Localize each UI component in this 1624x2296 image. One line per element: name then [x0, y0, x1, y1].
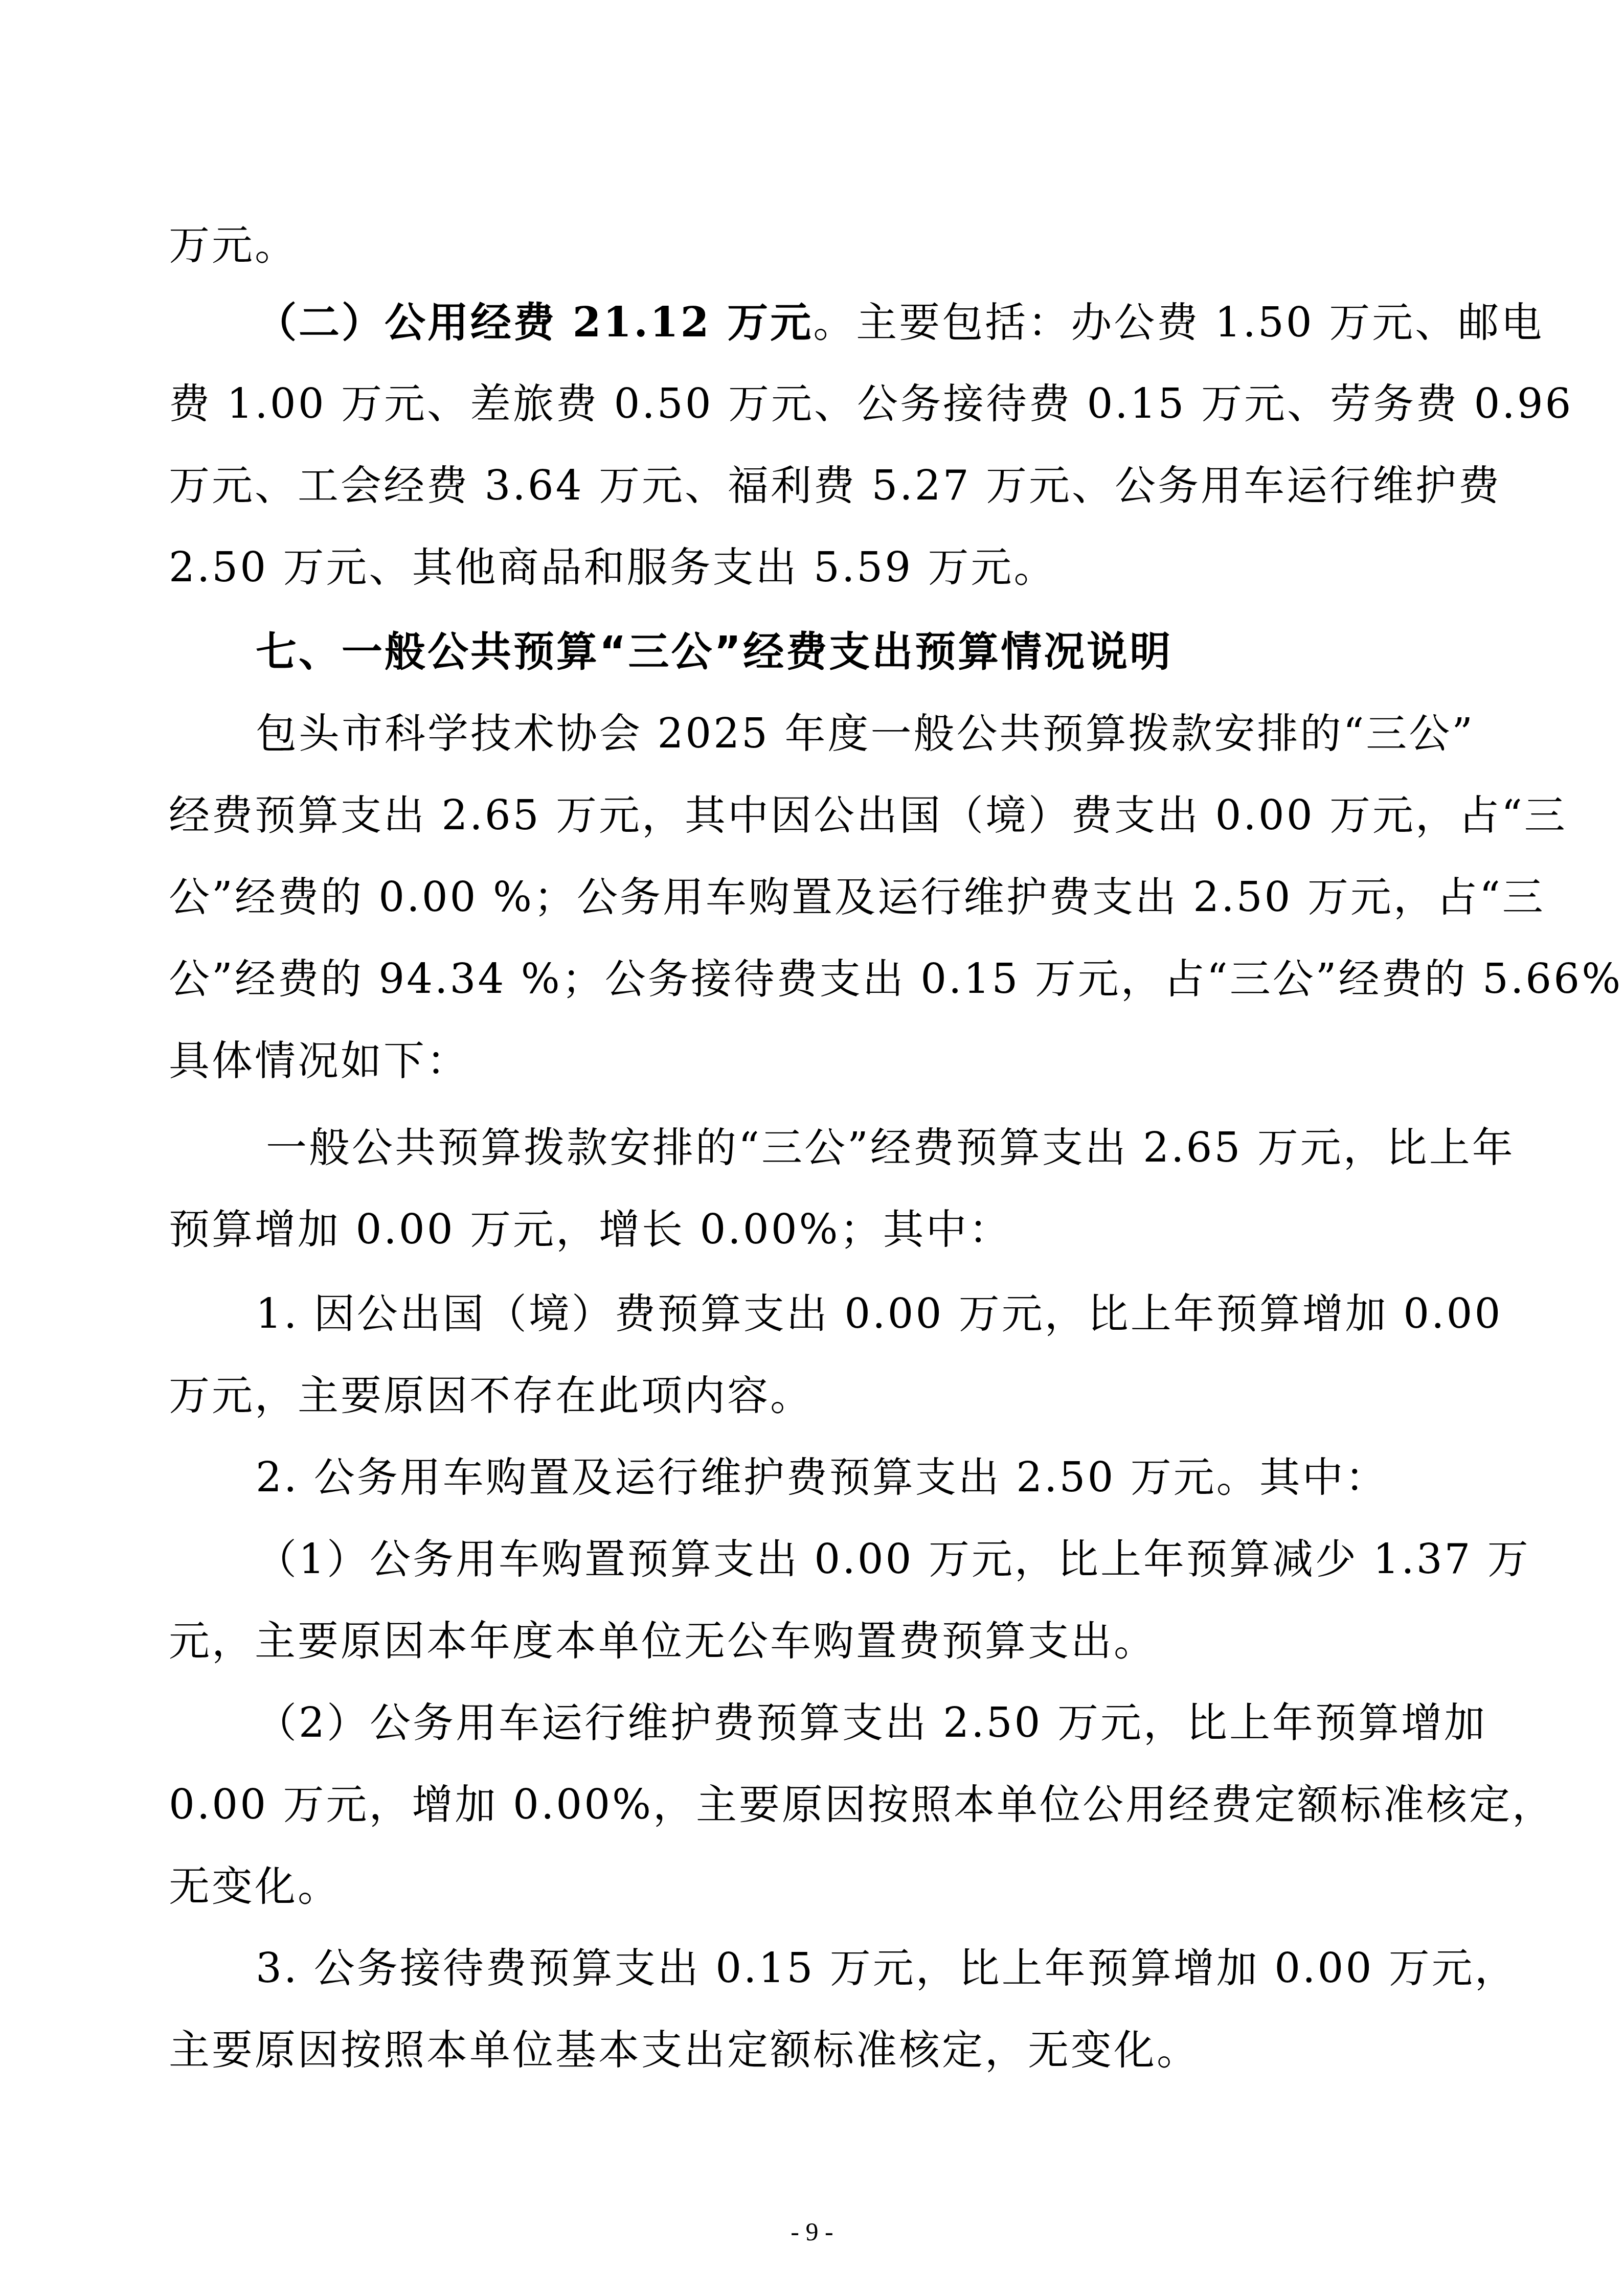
public-expense-heading: （二）公用经费 21.12 万元: [256, 298, 813, 346]
document-page: 万元。 （二）公用经费 21.12 万元。主要包括：办公费 1.50 万元、邮电…: [0, 0, 1624, 2296]
intro-line-1: 包头市科学技术协会 2025 年度一般公共预算拨款安排的“三公”: [256, 708, 1475, 759]
item-2-1-line-1: （1）公务用车购置预算支出 0.00 万元，比上年预算减少 1.37 万: [256, 1534, 1530, 1585]
item-2-line: 2. 公务用车购置及运行维护费预算支出 2.50 万元。其中：: [256, 1452, 1388, 1503]
intro-line-5: 具体情况如下：: [169, 1035, 469, 1086]
intro-line-2: 经费预算支出 2.65 万元，其中因公出国（境）费支出 0.00 万元，占“三: [169, 790, 1567, 841]
page-number: - 9 -: [0, 2216, 1624, 2247]
public-expense-text: 。主要包括：办公费 1.50 万元、邮电: [813, 299, 1544, 346]
public-expense-paragraph-line: （二）公用经费 21.12 万元。主要包括：办公费 1.50 万元、邮电: [256, 297, 1544, 348]
public-expense-line-4: 2.50 万元、其他商品和服务支出 5.59 万元。: [169, 542, 1057, 593]
intro-line-3: 公”经费的 0.00 %；公务用车购置及运行维护费支出 2.50 万元，占“三: [169, 872, 1545, 923]
summary-line-2: 预算增加 0.00 万元，增长 0.00%；其中：: [169, 1204, 1012, 1255]
intro-line-4: 公”经费的 94.34 %；公务接待费支出 0.15 万元，占“三公”经费的 5…: [169, 953, 1624, 1005]
public-expense-line-2: 费 1.00 万元、差旅费 0.50 万元、公务接待费 0.15 万元、劳务费 …: [169, 378, 1573, 429]
item-3-line-1: 3. 公务接待费预算支出 0.15 万元，比上年预算增加 0.00 万元，: [256, 1943, 1518, 1994]
item-2-1-line-2: 元，主要原因本年度本单位无公车购置费预算支出。: [169, 1616, 1157, 1667]
item-2-2-line-3: 无变化。: [169, 1861, 341, 1912]
item-3-line-2: 主要原因按照本单位基本支出定额标准核定，无变化。: [169, 2025, 1200, 2076]
summary-line-1: 一般公共预算拨款安排的“三公”经费预算支出 2.65 万元，比上年: [266, 1122, 1515, 1173]
section-heading-three-public-expenses: 七、一般公共预算“三公”经费支出预算情况说明: [256, 626, 1172, 677]
item-1-line-1: 1. 因公出国（境）费预算支出 0.00 万元，比上年预算增加 0.00: [256, 1288, 1502, 1339]
item-2-2-line-2: 0.00 万元，增加 0.00%，主要原因按照本单位公用经费定额标准核定，: [169, 1779, 1555, 1830]
public-expense-line-3: 万元、工会经费 3.64 万元、福利费 5.27 万元、公务用车运行维护费: [169, 460, 1501, 511]
item-2-2-line-1: （2）公务用车运行维护费预算支出 2.50 万元，比上年预算增加: [256, 1697, 1487, 1748]
item-1-line-2: 万元，主要原因不存在此项内容。: [169, 1370, 813, 1421]
continued-text: 万元。: [169, 220, 298, 271]
